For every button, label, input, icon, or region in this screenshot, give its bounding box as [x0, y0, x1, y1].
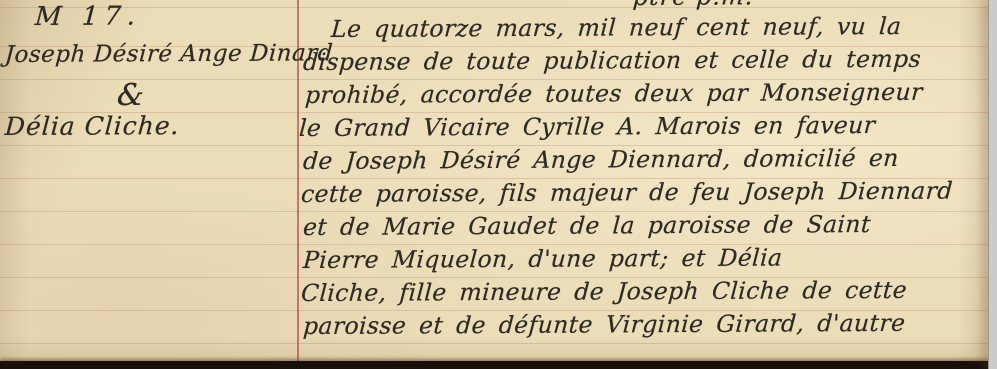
- entry-line: paroisse et de défunte Virginie Girard, …: [302, 307, 906, 343]
- entry-line: prohibé, accordée toutes deux par Monsei…: [304, 76, 924, 112]
- previous-entry-fragment: ptre p.m.: [632, 0, 755, 11]
- entry-line: et de Marie Gaudet de la paroisse de Sai…: [302, 208, 872, 244]
- entry-line: Pierre Miquelon, d'une part; et Délia: [302, 241, 783, 277]
- page-right-edge: [988, 0, 997, 369]
- ampersand-symbol: &: [116, 78, 145, 113]
- entry-text-column: ptre p.m. Le quatorze mars, mil neuf cen…: [302, 0, 997, 369]
- margin-column: M 17. Joseph Désiré Ange Dinard & Délia …: [0, 0, 297, 369]
- entry-line: Cliche, fille mineure de Joseph Cliche d…: [300, 274, 908, 310]
- groom-name: Joseph Désiré Ange Dinard: [4, 40, 334, 68]
- record-number: M 17.: [34, 1, 142, 32]
- entry-line: Le quatorze mars, mil neuf cent neuf, vu…: [330, 10, 902, 46]
- entry-line: de Joseph Désiré Ange Diennard, domicili…: [302, 142, 900, 178]
- entry-line: le Grand Vicaire Cyrille A. Marois en fa…: [298, 109, 876, 145]
- entry-line: cette paroisse, fils majeur de feu Josep…: [300, 175, 954, 211]
- bride-name: Délia Cliche.: [4, 111, 181, 141]
- register-page-scan: M 17. Joseph Désiré Ange Dinard & Délia …: [0, 0, 997, 369]
- scan-bottom-edge: [0, 361, 989, 369]
- entry-line: dispense de toute publication et celle d…: [302, 43, 922, 79]
